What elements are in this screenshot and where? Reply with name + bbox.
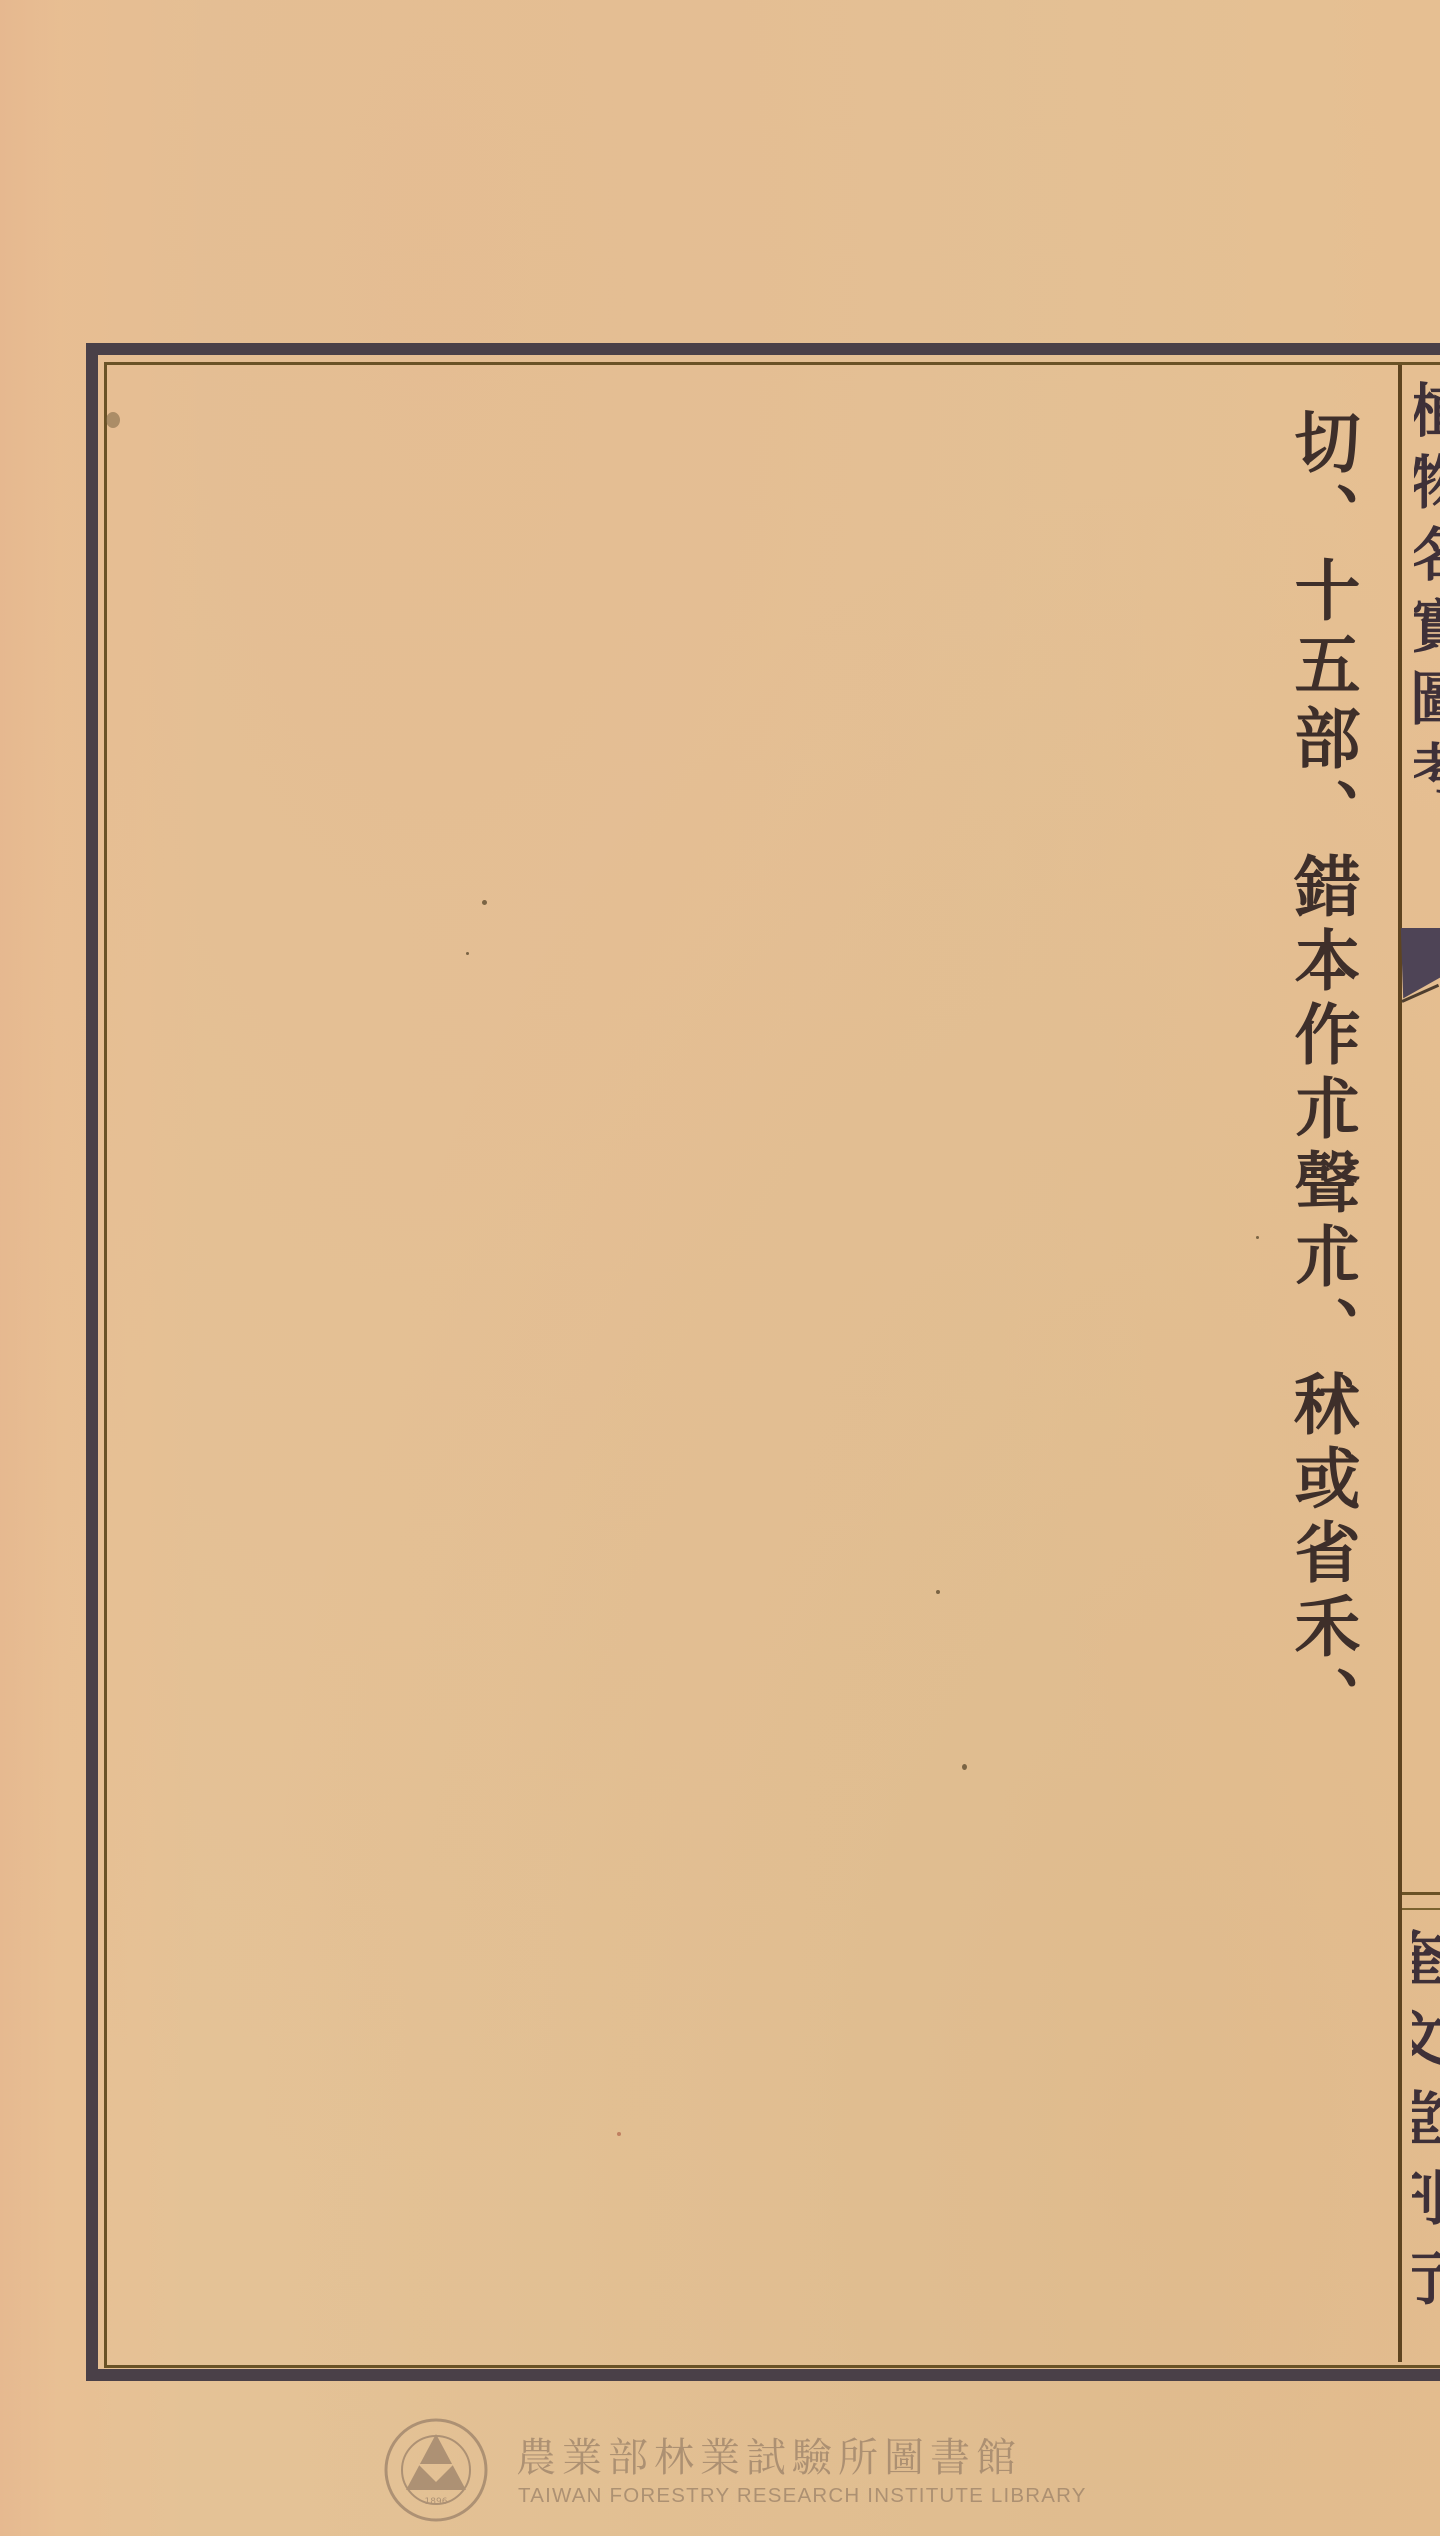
institute-emblem-icon: 1896 — [378, 2412, 494, 2528]
library-name-en: TAIWAN FORESTRY RESEARCH INSTITUTE LIBRA… — [518, 2484, 1087, 2508]
library-watermark: 1896 農業部林業試驗所圖書館 TAIWAN FORESTRY RESEARC… — [378, 2412, 1078, 2522]
document-page: 切、十五部、錯本作朮聲朮、秫或省禾、 植物名實圖考 奎文堂刊行 1896 農業部… — [0, 0, 1440, 2536]
svg-text:1896: 1896 — [425, 2497, 448, 2507]
paper-speck — [617, 2132, 621, 2136]
paper-speck — [962, 1764, 967, 1770]
library-name-zh: 農業部林業試驗所圖書館 — [516, 2426, 1022, 2483]
inner-border-frame — [104, 362, 1440, 2368]
paper-speck — [482, 900, 487, 905]
column-divider-line — [1398, 365, 1402, 2362]
banxin-tick-mark — [1402, 1892, 1440, 1895]
paper-speck — [1256, 1236, 1259, 1239]
paper-stain — [106, 412, 120, 428]
banxin-tick-mark — [1402, 1908, 1440, 1910]
main-text-column: 切、十五部、錯本作朮聲朮、秫或省禾、 — [1282, 408, 1362, 1740]
paper-speck — [466, 952, 469, 955]
paper-speck — [936, 1590, 940, 1594]
banxin-publisher-partial: 奎文堂刊行 — [1412, 1928, 1440, 2348]
banxin-title-partial: 植物名實圖考 — [1414, 380, 1440, 812]
